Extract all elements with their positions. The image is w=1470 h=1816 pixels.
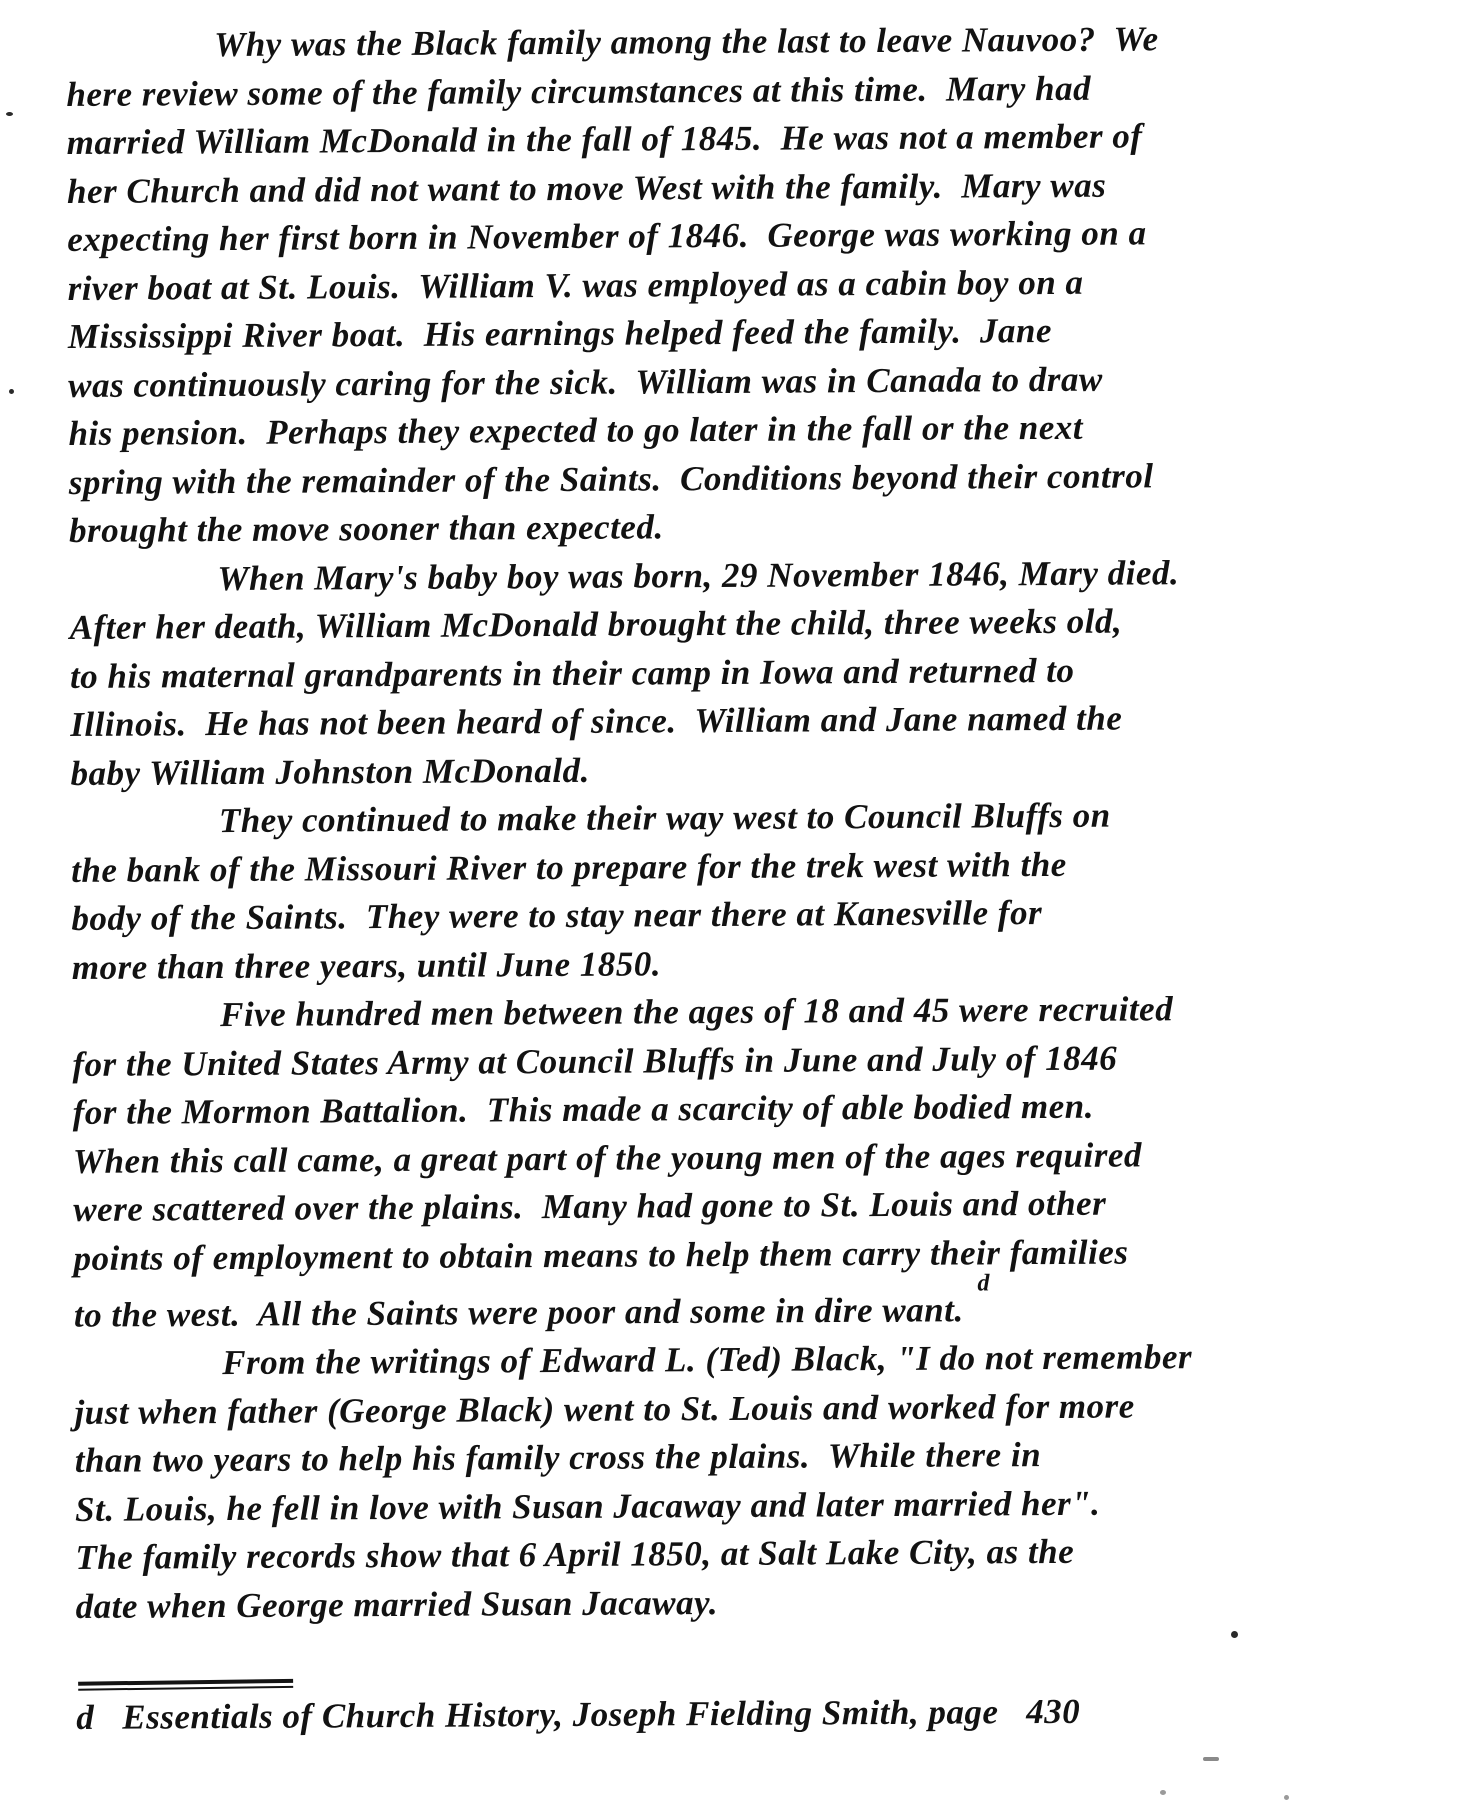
text-line: points of employment to obtain means to … <box>73 1226 1443 1283</box>
text-line: here review some of the family circumsta… <box>66 62 1436 119</box>
scan-artifact <box>1231 1631 1238 1638</box>
text-line: to the west. All the Saints were poor an… <box>74 1290 964 1334</box>
paragraph-first-line: When Mary's baby boy was born, 29 Novemb… <box>69 547 1439 604</box>
paragraph-first-line: Why was the Black family among the last … <box>66 14 1436 71</box>
text-line: The family records show that 6 April 185… <box>75 1526 1445 1583</box>
text-line: was continuously caring for the sick. Wi… <box>68 353 1438 410</box>
text-line: river boat at St. Louis. William V. was … <box>67 256 1437 313</box>
text-line: his pension. Perhaps they expected to go… <box>68 402 1438 459</box>
text-line: for the United States Army at Council Bl… <box>72 1032 1442 1089</box>
text-line: were scattered over the plains. Many had… <box>73 1178 1443 1235</box>
text-line: more than three years, until June 1850. <box>72 935 1442 992</box>
scan-artifact <box>1203 1757 1219 1761</box>
text-line: just when father (George Black) went to … <box>74 1380 1444 1437</box>
text-line: brought the move sooner than expected. <box>69 499 1439 556</box>
text-line: spring with the remainder of the Saints.… <box>69 450 1439 507</box>
text-line: the bank of the Missouri River to prepar… <box>71 838 1441 895</box>
footnote: dEssentials of Church History, Joseph Fi… <box>76 1673 1446 1743</box>
text-line: expecting her first born in November of … <box>67 208 1437 265</box>
footnote-ref-marker: d <box>977 1270 990 1296</box>
text-line: When this call came, a great part of the… <box>73 1129 1443 1186</box>
footnote-text: Essentials of Church History, Joseph Fie… <box>122 1692 1080 1737</box>
text-line: date when George married Susan Jacaway. <box>76 1574 1446 1631</box>
text-line: body of the Saints. They were to stay ne… <box>71 887 1441 944</box>
text-line: married William McDonald in the fall of … <box>67 111 1437 168</box>
footnote-separator-line <box>78 1679 293 1691</box>
scan-artifact <box>9 389 14 394</box>
text-line-with-footnote-ref: to the west. All the Saints were poor an… <box>74 1275 1444 1341</box>
text-line: than two years to help his family cross … <box>75 1429 1445 1486</box>
text-line: baby William Johnston McDonald. <box>70 741 1440 798</box>
text-line: St. Louis, he fell in love with Susan Ja… <box>75 1477 1445 1534</box>
text-line: to his maternal grandparents in their ca… <box>70 644 1440 701</box>
scan-artifact <box>1284 1795 1289 1800</box>
scan-artifact <box>1160 1790 1166 1795</box>
document-page: Why was the Black family among the last … <box>0 0 1470 1816</box>
text-line: Illinois. He has not been heard of since… <box>70 693 1440 750</box>
text-line: for the Mormon Battalion. This made a sc… <box>73 1081 1443 1138</box>
scan-artifact <box>6 112 13 116</box>
paragraph-first-line: They continued to make their way west to… <box>71 790 1441 847</box>
text-line: After her death, William McDonald brough… <box>70 596 1440 653</box>
footnote-line: dEssentials of Church History, Joseph Fi… <box>76 1686 1446 1743</box>
paragraph-first-line: From the writings of Edward L. (Ted) Bla… <box>74 1332 1444 1389</box>
text-line: her Church and did not want to move West… <box>67 159 1437 216</box>
manuscript-body: Why was the Black family among the last … <box>66 14 1446 1743</box>
footnote-marker: d <box>76 1694 94 1743</box>
paragraph-first-line: Five hundred men between the ages of 18 … <box>72 984 1442 1041</box>
text-line: Mississippi River boat. His earnings hel… <box>68 305 1438 362</box>
